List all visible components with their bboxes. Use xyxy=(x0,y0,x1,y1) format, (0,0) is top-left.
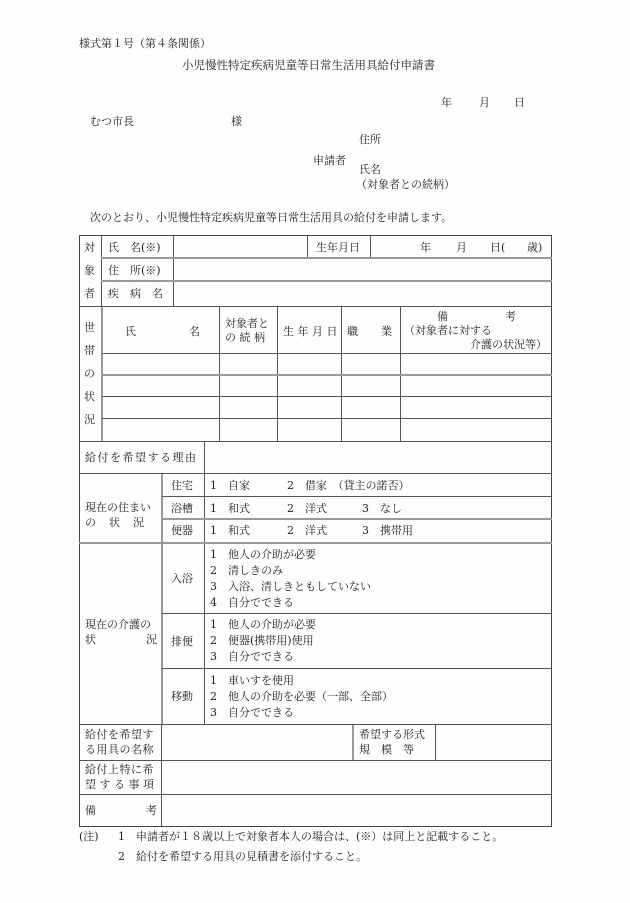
household-name-field[interactable] xyxy=(103,397,218,417)
toilet-option-portable[interactable]: 3 携帯用 xyxy=(362,525,413,536)
subject-disease-field[interactable] xyxy=(174,282,551,305)
divider xyxy=(352,725,354,760)
household-birth-field[interactable] xyxy=(278,397,340,417)
divider xyxy=(79,473,552,474)
bathing-option[interactable]: 2 清しきのみ xyxy=(210,563,283,578)
honorific: 様 xyxy=(231,116,242,127)
remarks-label-2: 考 xyxy=(146,805,157,816)
bathtub-option-western[interactable]: 2 洋式 xyxy=(287,503,327,514)
subject-address-label: 住 所(※) xyxy=(108,265,161,276)
subject-group-char: 象 xyxy=(84,265,95,276)
equipment-name-label-1: 給付を希望す xyxy=(85,727,154,742)
bathing-option[interactable]: 4 自分でできる xyxy=(210,595,294,610)
care-bathing-label: 入浴 xyxy=(171,573,193,584)
household-group-char: 況 xyxy=(84,414,95,425)
toileting-option[interactable]: 1 他人の介助が必要 xyxy=(210,617,316,632)
col-header-relationship-2: の 続 柄 xyxy=(225,332,265,343)
divider xyxy=(162,518,552,520)
household-notes-field[interactable] xyxy=(401,354,551,374)
subject-address-field[interactable] xyxy=(174,259,551,280)
equipment-name-field[interactable] xyxy=(162,725,352,760)
remarks-field[interactable] xyxy=(162,795,551,826)
applicant-address-field[interactable] xyxy=(385,130,545,146)
col-header-name-2: 名 xyxy=(189,326,200,337)
residence-housing-label: 住宅 xyxy=(171,480,193,491)
divider xyxy=(79,306,552,307)
col-header-birth: 生 年 月 日 xyxy=(283,326,338,337)
household-birth-field[interactable] xyxy=(278,354,340,374)
household-notes-field[interactable] xyxy=(401,397,551,417)
subject-name-field[interactable] xyxy=(174,236,306,257)
note-text: 給付を希望する用具の見積書を添付すること。 xyxy=(136,851,367,862)
applicant-address-label: 住所 xyxy=(359,134,381,145)
birth-month-label: 月 xyxy=(456,242,467,253)
residence-toilet-label: 便器 xyxy=(171,525,193,536)
bathing-option[interactable]: 3 入浴、清しきともしていない xyxy=(210,579,371,594)
note-number: 1 xyxy=(118,831,125,842)
format-label-1: 希望する形式 xyxy=(359,727,425,742)
format-label-2: 規 模 等 xyxy=(359,742,414,757)
toilet-option-western[interactable]: 2 洋式 xyxy=(287,525,327,536)
care-label-1: 現在の介護の xyxy=(85,617,151,632)
subject-disease-label: 疾 病 名 xyxy=(108,288,163,299)
toileting-option[interactable]: 3 自分でできる xyxy=(210,649,294,664)
special-request-field[interactable] xyxy=(162,761,551,794)
household-birth-field[interactable] xyxy=(278,419,340,440)
date-month-label: 月 xyxy=(479,97,490,108)
bathtub-option-japanese[interactable]: 1 和式 xyxy=(210,503,250,514)
birth-day-label: 日( xyxy=(490,242,505,253)
subject-group-char: 対 xyxy=(84,242,95,253)
applicant-label: 申請者 xyxy=(313,155,346,166)
household-notes-field[interactable] xyxy=(401,376,551,396)
household-name-field[interactable] xyxy=(103,354,218,374)
special-request-label-1: 給付上特に希 xyxy=(85,762,154,777)
care-label-2: 状 xyxy=(85,632,96,647)
divider xyxy=(161,474,163,725)
care-mobility-label: 移動 xyxy=(171,691,193,702)
divider xyxy=(307,235,308,258)
date-year-label: 年 xyxy=(441,97,452,108)
applicant-name-field[interactable] xyxy=(385,160,545,176)
housing-option-own[interactable]: 1 自家 xyxy=(210,480,250,491)
household-relationship-field[interactable] xyxy=(220,376,276,396)
intro-text: 次のとおり、小児慢性特定疾病児童等日常生活用具の給付を申請します。 xyxy=(90,212,452,223)
household-group-char: の xyxy=(84,368,95,379)
notes-prefix: (注) xyxy=(79,831,99,842)
toilet-option-japanese[interactable]: 1 和式 xyxy=(210,525,250,536)
format-field[interactable] xyxy=(436,725,551,760)
household-occupation-field[interactable] xyxy=(342,397,399,417)
household-occupation-field[interactable] xyxy=(342,419,399,440)
household-group-char: 状 xyxy=(84,391,95,402)
col-header-relationship-1: 対象者と xyxy=(225,318,269,329)
toileting-option[interactable]: 2 便器(携帯用)使用 xyxy=(210,633,314,648)
equipment-name-label-2: る用具の名称 xyxy=(85,742,154,757)
special-request-label-2: 望 す る 事 項 xyxy=(85,777,154,792)
residence-label-1: 現在の住まい xyxy=(85,500,151,515)
reason-label: 給付を希望する理由 xyxy=(85,452,198,463)
note-number: 2 xyxy=(118,851,125,862)
household-name-field[interactable] xyxy=(103,376,218,396)
residence-label-2: の 状 況 xyxy=(85,515,145,530)
col-header-notes-4: 介護の状況等） xyxy=(470,339,547,350)
subject-group-char: 者 xyxy=(84,288,95,299)
subject-birth-label: 生年月日 xyxy=(316,242,360,253)
divider xyxy=(79,542,552,544)
divider xyxy=(204,474,205,725)
household-occupation-field[interactable] xyxy=(342,376,399,396)
household-relationship-field[interactable] xyxy=(220,397,276,417)
col-header-occupation-1: 職 xyxy=(347,326,358,337)
divider xyxy=(370,235,371,258)
col-header-occupation-2: 業 xyxy=(381,326,392,337)
bathtub-option-none[interactable]: 3 なし xyxy=(362,503,402,514)
household-notes-field[interactable] xyxy=(401,419,551,440)
form-number: 様式第１号（第４条関係） xyxy=(79,38,211,49)
care-label-3: 況 xyxy=(146,632,157,647)
divider xyxy=(162,613,552,614)
subject-name-label: 氏 名(※) xyxy=(108,242,161,253)
divider xyxy=(162,668,552,669)
housing-option-rent[interactable]: 2 借家 （貸主の諾否） xyxy=(287,480,410,491)
date-day-label: 日 xyxy=(514,97,525,108)
applicant-relationship-label: （対象者との続柄） xyxy=(356,179,455,190)
birth-year-label: 年 xyxy=(420,242,431,253)
divider xyxy=(162,496,552,497)
col-header-notes-3: （対象者に対する xyxy=(404,325,492,336)
applicant-name-label: 氏名 xyxy=(359,164,381,175)
mobility-option[interactable]: 1 車いすを使用 xyxy=(210,673,294,688)
remarks-label-1: 備 xyxy=(85,805,96,816)
reason-field[interactable] xyxy=(205,442,551,473)
household-group-char: 帯 xyxy=(84,345,95,356)
divider xyxy=(101,235,102,306)
mobility-option[interactable]: 3 自分でできる xyxy=(210,705,294,720)
household-relationship-field[interactable] xyxy=(220,419,276,440)
bathing-option[interactable]: 1 他人の介助が必要 xyxy=(210,547,316,562)
addressee: むつ市長 xyxy=(90,116,134,127)
household-birth-field[interactable] xyxy=(278,376,340,396)
mobility-option[interactable]: 2 他人の介助を必要（一部、全部） xyxy=(210,689,393,704)
note-text: 申請者が１８歳以上で対象者本人の場合は、(※）は同上と記載すること。 xyxy=(136,831,503,842)
household-group-char: 世 xyxy=(84,322,95,333)
col-header-notes-1: 備 xyxy=(437,311,448,322)
household-name-field[interactable] xyxy=(103,419,218,440)
household-occupation-field[interactable] xyxy=(342,354,399,374)
col-header-name-1: 氏 xyxy=(125,326,136,337)
care-toilet-label: 排便 xyxy=(171,636,193,647)
col-header-notes-2: 考 xyxy=(505,311,516,322)
birth-age-label: 歳) xyxy=(527,242,542,253)
household-relationship-field[interactable] xyxy=(220,354,276,374)
residence-bathtub-label: 浴槽 xyxy=(171,503,193,514)
page-title: 小児慢性特定疾病児童等日常生活用具給付申請書 xyxy=(182,60,435,72)
